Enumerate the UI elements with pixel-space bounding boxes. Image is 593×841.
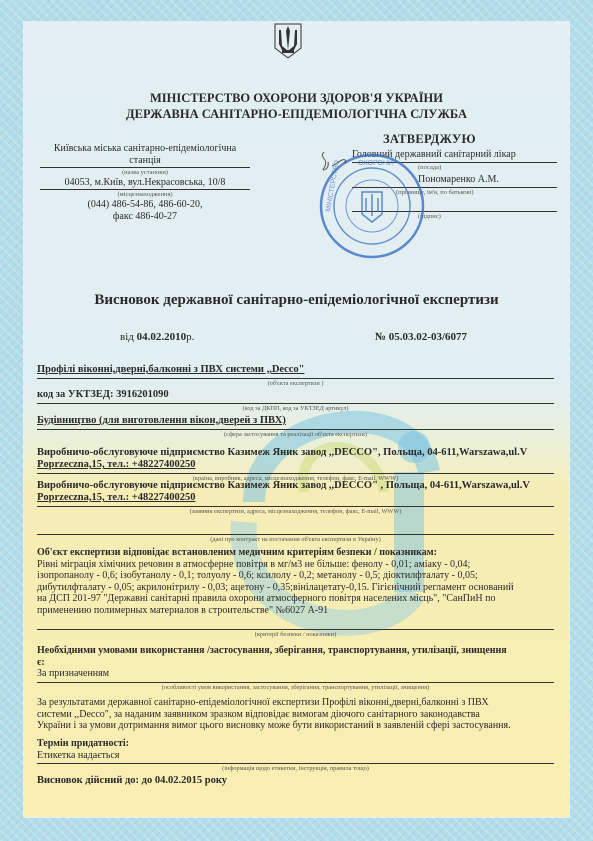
document-date: від 04.02.2010р. bbox=[120, 331, 194, 343]
applicant-hint: (заявник експертизи, адреса, місцезнаход… bbox=[37, 507, 554, 516]
document-title: Висновок державної санітарно-епідеміолог… bbox=[0, 292, 593, 309]
conclusion-line: України і за умови дотримання вимог цьог… bbox=[37, 720, 554, 732]
shelf-life-field: Термін придатності: Етикетка надається (… bbox=[37, 738, 554, 773]
institution-address-hint: (місцезнаходження) bbox=[40, 189, 250, 199]
applicant-line1: Виробничо-обслуговуюче підприємство Кази… bbox=[37, 480, 554, 492]
manufacturer-line2: Poprzeczna,15, тел.: +48227400250 bbox=[37, 459, 554, 471]
service-name: ДЕРЖАВНА САНІТАРНО-ЕПІДЕМІОЛОГІЧНА СЛУЖБ… bbox=[0, 106, 593, 122]
institution-block: Київська міська санітарно-епідеміологічн… bbox=[40, 143, 250, 223]
criteria-heading: Об'єкт експертизи відповідає встановлени… bbox=[37, 547, 554, 559]
handwritten-signature-icon bbox=[316, 148, 356, 174]
criteria-line: на ДСП 201-97 "Державні санітарні правил… bbox=[37, 593, 554, 605]
criteria-line: применению полимерных материалов в строи… bbox=[37, 605, 554, 617]
criteria-hint: (критерії безпеки / показники) bbox=[37, 630, 554, 639]
conclusion-line: системи ,,Decco", за наданим заявником з… bbox=[37, 709, 554, 721]
conditions-heading-cont: є: bbox=[37, 657, 554, 669]
validity-date: Висновок дійсний до: до 04.02.2015 року bbox=[37, 775, 227, 786]
conclusion-block: За результатами державної санітарно-епід… bbox=[37, 697, 554, 732]
criteria-line: Рівні міграція хімічних речовин в атмосф… bbox=[37, 559, 554, 571]
shelf-life-value: Етикетка надається bbox=[37, 750, 554, 762]
institution-name-cont: станція bbox=[40, 155, 250, 167]
scope-hint: (сфера застосування та реалізації об'єкт… bbox=[37, 430, 554, 439]
institution-phone: (044) 486-54-86, 486-60-20, bbox=[40, 199, 250, 211]
criteria-line: ізопропанолу - 0,6; ізобутанолу - 0,1; т… bbox=[37, 570, 554, 582]
conclusion-line: За результатами державної санітарно-епід… bbox=[37, 697, 554, 709]
date-prefix: від bbox=[120, 331, 137, 343]
date-suffix: р. bbox=[186, 331, 194, 343]
code-hint: (код за ДКПП, код за УКТЗЕД артикул) bbox=[37, 404, 554, 413]
contract-value bbox=[37, 520, 554, 532]
contract-hint: (дані про контракт на постачання об'єкта… bbox=[37, 535, 554, 544]
institution-fax: факс 486-40-27 bbox=[40, 211, 250, 223]
ministry-name: МІНІСТЕРСТВО ОХОРОНИ ЗДОРОВ'Я УКРАЇНИ bbox=[0, 90, 593, 106]
conditions-value: За призначенням bbox=[37, 668, 554, 680]
scope-field: Будівництво (для виготовлення вікон,двер… bbox=[37, 415, 554, 439]
approval-title: ЗАТВЕРДЖУЮ bbox=[383, 132, 476, 147]
code-value: код за УКТЗЕД: 3916201090 bbox=[37, 389, 554, 401]
document-number: № 05.03.02-03/6077 bbox=[375, 331, 467, 343]
conditions-heading: Необхідними умовами використання /застос… bbox=[37, 645, 554, 657]
scope-value: Будівництво (для виготовлення вікон,двер… bbox=[37, 415, 554, 427]
trident-emblem-icon bbox=[273, 22, 303, 60]
contract-field: (дані про контракт на постачання об'єкта… bbox=[37, 520, 554, 544]
object-value: Профілі віконні,дверні,балконні з ПВХ си… bbox=[37, 364, 554, 376]
object-hint: (об'єкта експертизи ) bbox=[37, 379, 554, 388]
manufacturer-field: Виробничо-обслуговуюче підприємство Кази… bbox=[37, 447, 554, 483]
code-field: код за УКТЗЕД: 3916201090 (код за ДКПП, … bbox=[37, 389, 554, 413]
shelf-life-hint: (інформація щодо етикетки, інструкція, п… bbox=[37, 764, 554, 773]
shelf-life-heading: Термін придатності: bbox=[37, 738, 554, 750]
institution-name: Київська міська санітарно-епідеміологічн… bbox=[40, 143, 250, 155]
criteria-line: дибутилфталату - 0,05; акрилонітрилу - 0… bbox=[37, 582, 554, 594]
applicant-line2: Poprzeczna,15, тел.: +48227400250 bbox=[37, 492, 554, 504]
svg-text:ОХОРОНИ: ОХОРОНИ bbox=[358, 160, 393, 167]
conditions-field: Необхідними умовами використання /застос… bbox=[37, 645, 554, 692]
institution-name-hint: (назва установи) bbox=[40, 167, 250, 177]
institution-address: 04053, м.Київ, вул.Некрасовська, 10/8 bbox=[40, 177, 250, 189]
applicant-field: Виробничо-обслуговуюче підприємство Кази… bbox=[37, 480, 554, 516]
criteria-field: Об'єкт експертизи відповідає встановлени… bbox=[37, 547, 554, 639]
object-field: Профілі віконні,дверні,балконні з ПВХ си… bbox=[37, 364, 554, 388]
ministry-header: МІНІСТЕРСТВО ОХОРОНИ ЗДОРОВ'Я УКРАЇНИ ДЕ… bbox=[0, 90, 593, 122]
manufacturer-line1: Виробничо-обслуговуюче підприємство Кази… bbox=[37, 447, 554, 459]
approval-name: Пономаренко А.М. bbox=[418, 174, 499, 185]
conditions-hint: (особливості умов використання, застосув… bbox=[37, 683, 554, 692]
date-value: 04.02.2010 bbox=[137, 331, 187, 343]
